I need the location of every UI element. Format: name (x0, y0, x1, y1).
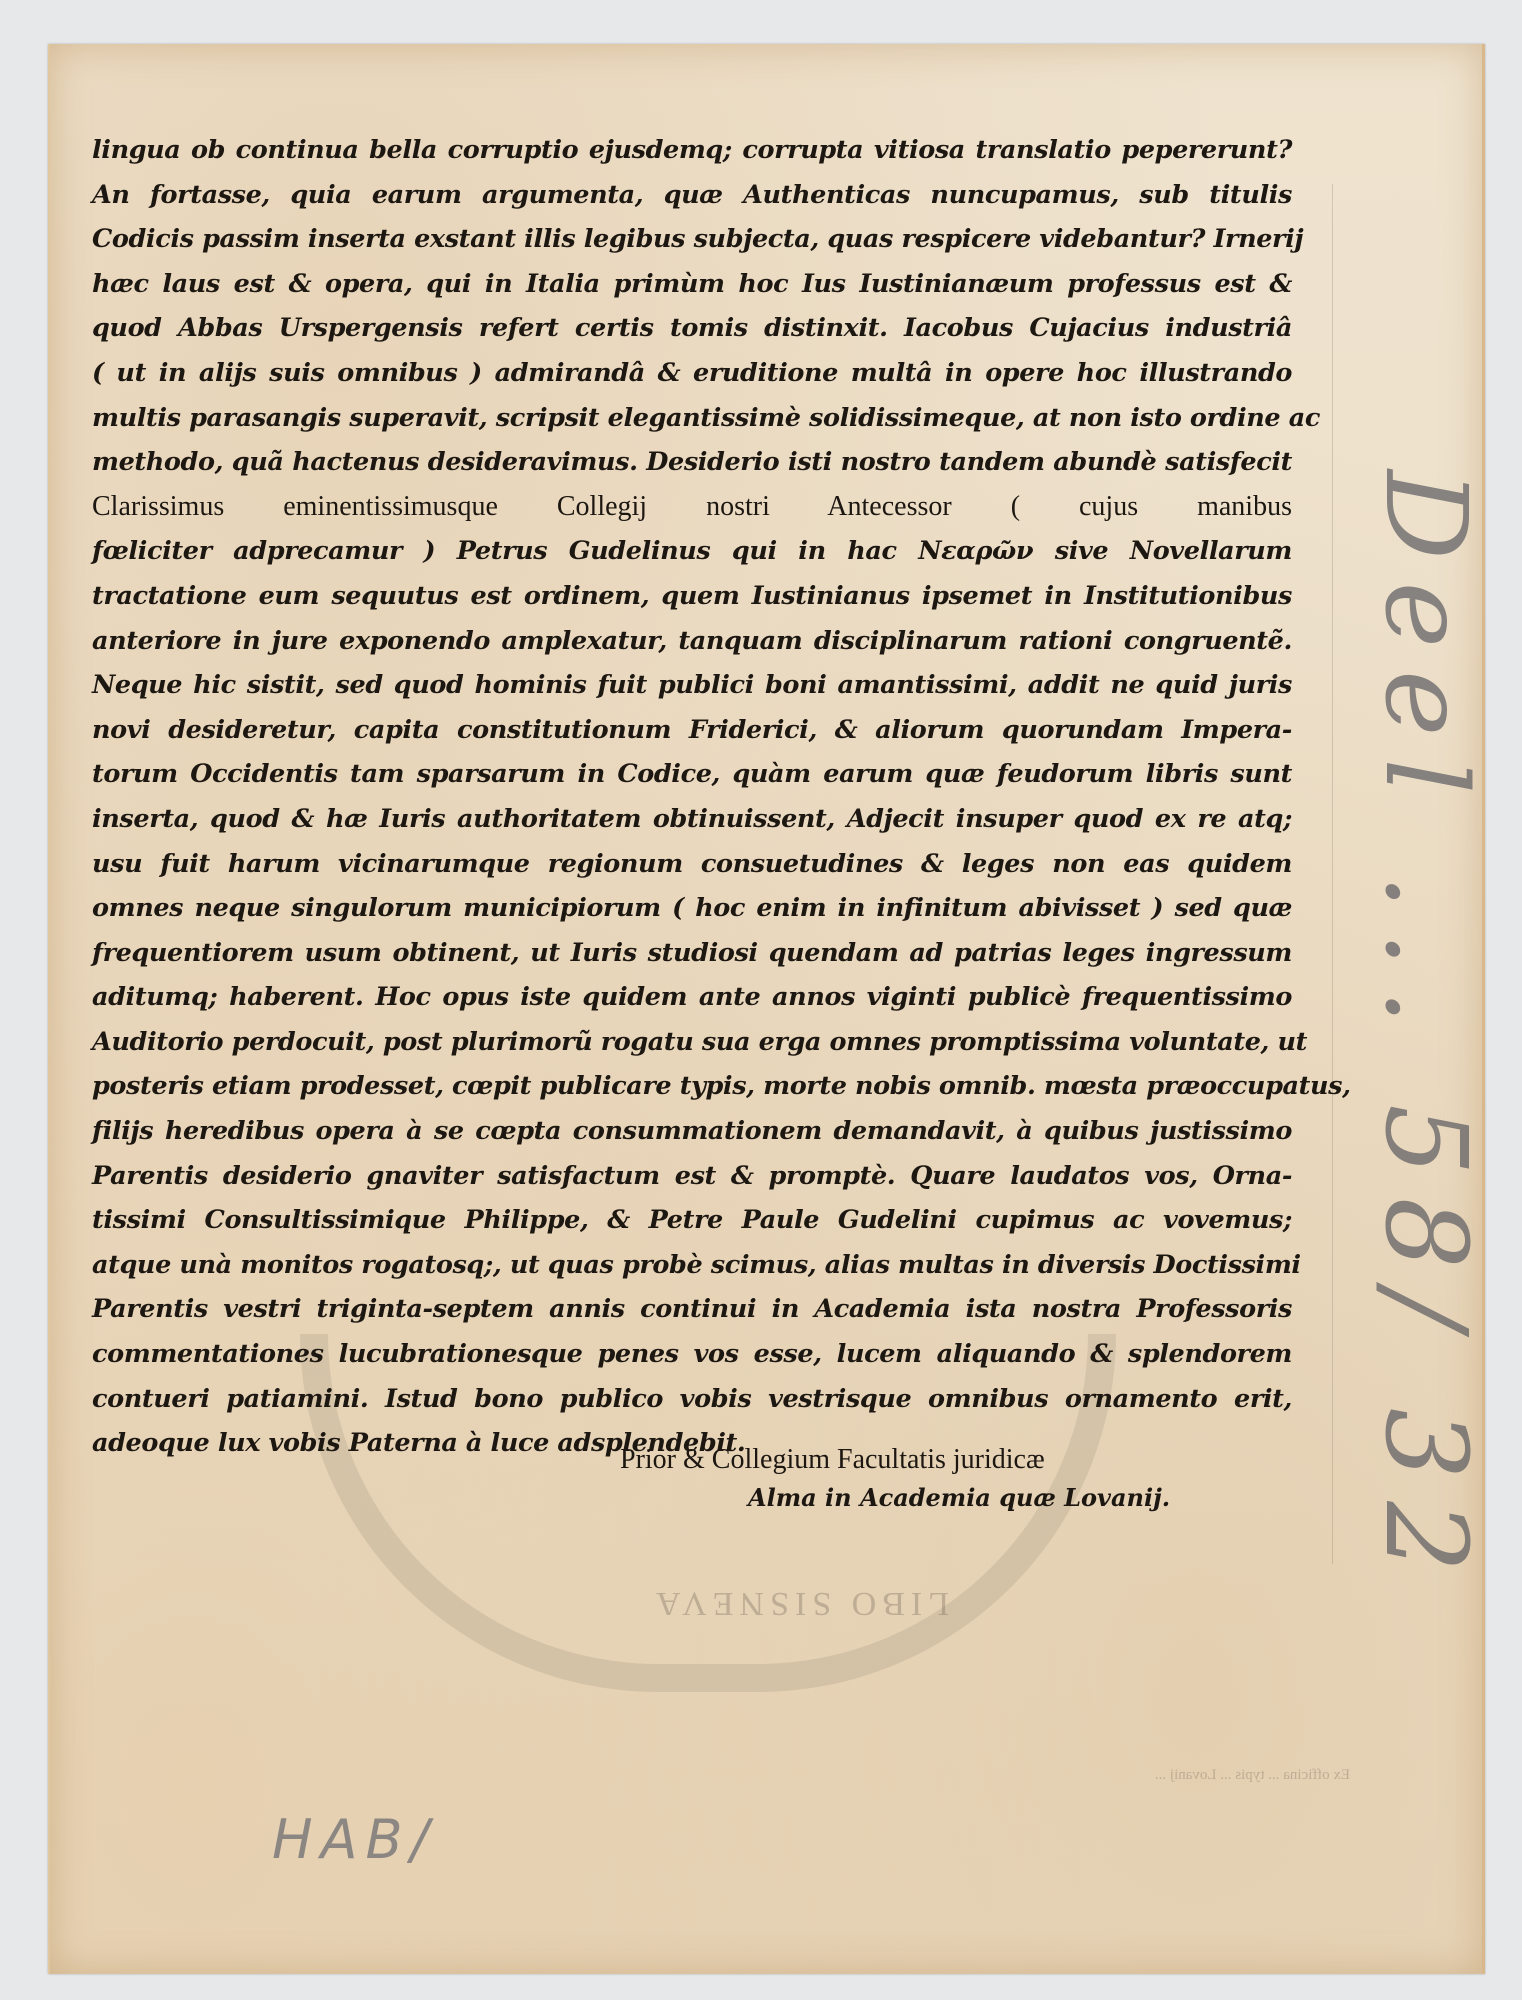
text-line: omnes neque singulorum municipiorum ( ho… (92, 886, 1292, 931)
body-text: lingua ob continua bella corruptio ejusd… (92, 128, 1292, 1466)
text-line: ( ut in alijs suis omnibus ) admirandâ &… (92, 351, 1292, 396)
signature-block: Prior & Collegium Facultatis juridicæ Al… (620, 1440, 1170, 1516)
text-line: frequentiorem usum obtinent, ut Iuris st… (92, 931, 1292, 976)
pencil-annotation-margin: Deel ... 58/ 32 (1310, 470, 1510, 1550)
text-line: aditumq; haberent. Hoc opus iste quidem … (92, 975, 1292, 1020)
pencil-annotation-margin-text: Deel ... 58/ 32 (1360, 470, 1490, 1595)
text-line: atque unà monitos rogatosq;, ut quas pro… (92, 1243, 1292, 1288)
text-line: tissimi Consultissimique Philippe, & Pet… (92, 1198, 1292, 1243)
text-line: methodo, quã hactenus desideravimus. Des… (92, 440, 1292, 485)
text-line: anteriore in jure exponendo amplexatur, … (92, 619, 1292, 664)
text-line: Codicis passim inserta exstant illis leg… (92, 217, 1292, 262)
text-line: torum Occidentis tam sparsarum in Codice… (92, 752, 1292, 797)
signature-line-1: Prior & Collegium Facultatis juridicæ (620, 1440, 1170, 1480)
text-line: Parentis vestri triginta-septem annis co… (92, 1287, 1292, 1332)
show-through-text: Ex officina ... typis ... Lovanij ... (250, 1764, 1350, 1786)
text-line: Auditorio perdocuit, post plurimorũ roga… (92, 1020, 1292, 1065)
text-line-roman: Clarissimus eminentissimusque Collegij n… (92, 485, 1292, 530)
pencil-annotation-bottom: HAB/ (272, 1808, 437, 1871)
text-line: novi desideretur, capita constitutionum … (92, 708, 1292, 753)
text-line: usu fuit harum vicinarumque regionum con… (92, 842, 1292, 887)
text-line: commentationes lucubrationesque penes vo… (92, 1332, 1292, 1377)
text-line: posteris etiam prodesset, cœpit publicar… (92, 1064, 1292, 1109)
text-line: inserta, quod & hæ Iuris authoritatem ob… (92, 797, 1292, 842)
text-line: Parentis desiderio gnaviter satisfactum … (92, 1154, 1292, 1199)
text-line: tractatione eum sequutus est ordinem, qu… (92, 574, 1292, 619)
text-line: Neque hic sistit, sed quod hominis fuit … (92, 663, 1292, 708)
text-line: quod Abbas Urspergensis refert certis to… (92, 306, 1292, 351)
text-line: hæc laus est & opera, qui in Italia prim… (92, 262, 1292, 307)
seal-bleed-through-text: LIBO SISNEVA (650, 1584, 949, 1622)
signature-line-2: Alma in Academia quæ Lovanij. (620, 1480, 1170, 1516)
text-line: contueri patiamini. Istud bono publico v… (92, 1377, 1292, 1422)
text-line: lingua ob continua bella corruptio ejusd… (92, 128, 1292, 173)
text-line: An fortasse, quia earum argumenta, quæ A… (92, 173, 1292, 218)
text-line: multis parasangis superavit, scripsit el… (92, 396, 1292, 441)
text-line: fœliciter adprecamur ) Petrus Gudelinus … (92, 529, 1292, 574)
text-line: filijs heredibus opera à se cœpta consum… (92, 1109, 1292, 1154)
